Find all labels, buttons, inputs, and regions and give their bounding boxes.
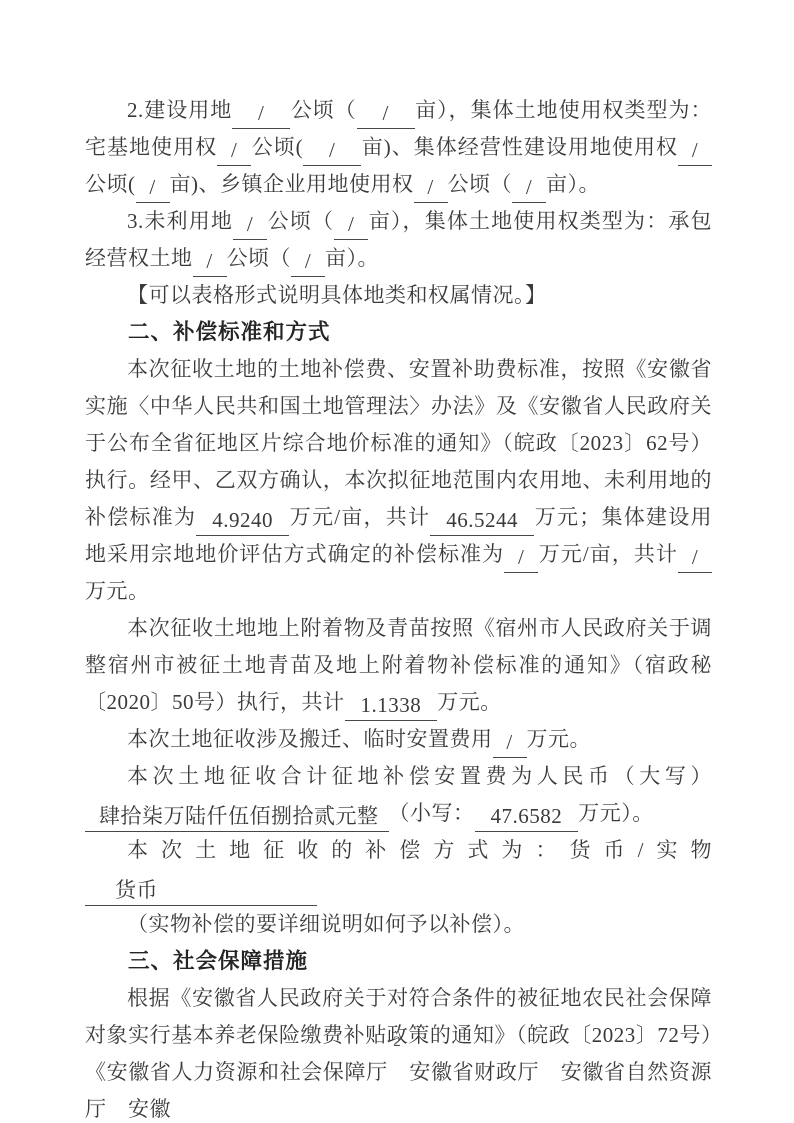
text-run: 万元/亩，共计: [289, 505, 430, 529]
text-run: 本次征收土地的土地补偿费、安置补助费标准，按照《安徽省实施〈中华人民共和国土地管…: [85, 357, 712, 529]
para-compensation-method: 本次土地征收的补偿方式为：货币/实物货币: [85, 832, 712, 906]
blank-unused-mu: /: [334, 209, 368, 240]
text-run: 公顷(: [251, 135, 303, 159]
para-attachments-seedlings: 本次征收土地地上附着物及青苗按照《宿州市人民政府关于调整宿州市被征土地青苗及地上…: [85, 610, 712, 721]
blank-amount-in-words: 肆拾柒万陆仟伍佰捌拾贰元整: [85, 801, 389, 832]
text-run: 亩）。: [325, 246, 379, 270]
text-run: 公顷(: [85, 172, 136, 196]
text-run: 万元/亩，共计: [538, 542, 678, 566]
page-number: 2: [0, 1034, 794, 1051]
blank-contract-hectares: /: [193, 246, 227, 277]
blank-relocation-amount: /: [493, 727, 527, 758]
note-inkind-compensation: （实物补偿的要详细说明如何予以补偿）。: [85, 906, 712, 943]
note-table-hint: 【可以表格形式说明具体地类和权属情况。】: [85, 277, 712, 314]
text-run: 公顷（: [227, 246, 292, 270]
text-run: 万元。: [437, 690, 502, 714]
blank-parcel-price: /: [504, 542, 538, 573]
text-run: （小写：: [389, 801, 475, 825]
blank-township-hectares: /: [414, 172, 448, 203]
text-run: 万元。: [85, 579, 150, 603]
para-construction-land: 2.建设用地/公顷（/亩），集体土地使用权类型为：宅基地使用权/公顷(/亩)、集…: [85, 92, 712, 203]
text-run: 亩)、集体经营性建设用地使用权: [361, 135, 678, 159]
blank-contract-mu: /: [291, 246, 325, 277]
blank-operational-hectares: /: [678, 135, 712, 166]
blank-homestead-mu: /: [303, 135, 361, 166]
para-compensation-standard: 本次征收土地的土地补偿费、安置补助费标准，按照《安徽省实施〈中华人民共和国土地管…: [85, 351, 712, 610]
blank-homestead-hectares: /: [217, 135, 251, 166]
blank-amount-in-figures: 47.6582: [475, 801, 579, 832]
para-unused-land: 3.未利用地/公顷（/亩），集体土地使用权类型为：承包经营权土地/公顷（/亩）。: [85, 203, 712, 277]
document-page: 2.建设用地/公顷（/亩），集体土地使用权类型为：宅基地使用权/公顷(/亩)、集…: [0, 0, 794, 1123]
para-relocation-cost: 本次土地征收涉及搬迁、临时安置费用/万元。: [85, 721, 712, 758]
blank-township-mu: /: [512, 172, 546, 203]
text-run: 公顷（: [290, 98, 356, 122]
para-total-compensation: 本次土地征收合计征地补偿安置费为人民币（大写）肆拾柒万陆仟伍佰捌拾贰元整（小写：…: [85, 758, 712, 832]
blank-price-per-mu: 4.9240: [196, 505, 289, 536]
heading-compensation-standard: 二、补偿标准和方式: [85, 314, 712, 351]
para-social-security: 根据《安徽省人民政府关于对符合条件的被征地农民社会保障对象实行基本养老保险缴费补…: [85, 980, 712, 1123]
text-run: 公顷（: [448, 172, 513, 196]
text-run: 本次土地征收的补偿方式为：货币/实物: [127, 838, 712, 862]
blank-construction-hectares: /: [232, 98, 290, 129]
blank-attachments-total: 1.1338: [345, 690, 438, 721]
blank-unused-hectares: /: [233, 209, 267, 240]
text-run: 万元。: [527, 727, 592, 751]
blank-construction-mu: /: [357, 98, 415, 129]
text-run: 2.建设用地: [127, 98, 232, 122]
text-run: 亩）。: [546, 172, 600, 196]
blank-parcel-total: /: [678, 542, 712, 573]
text-run: 3.未利用地: [127, 209, 233, 233]
text-run: 本次土地征收合计征地补偿安置费为人民币（大写）: [127, 764, 712, 788]
text-run: 本次土地征收涉及搬迁、临时安置费用: [127, 727, 493, 751]
blank-operational-mu: /: [136, 172, 170, 203]
blank-method-value: 货币: [85, 875, 317, 906]
text-run: 公顷（: [267, 209, 334, 233]
text-run: 亩)、乡镇企业用地使用权: [170, 172, 414, 196]
heading-social-security: 三、社会保障措施: [85, 943, 712, 980]
blank-total-farmland: 46.5244: [430, 505, 534, 536]
text-run: 万元）。: [578, 801, 654, 825]
